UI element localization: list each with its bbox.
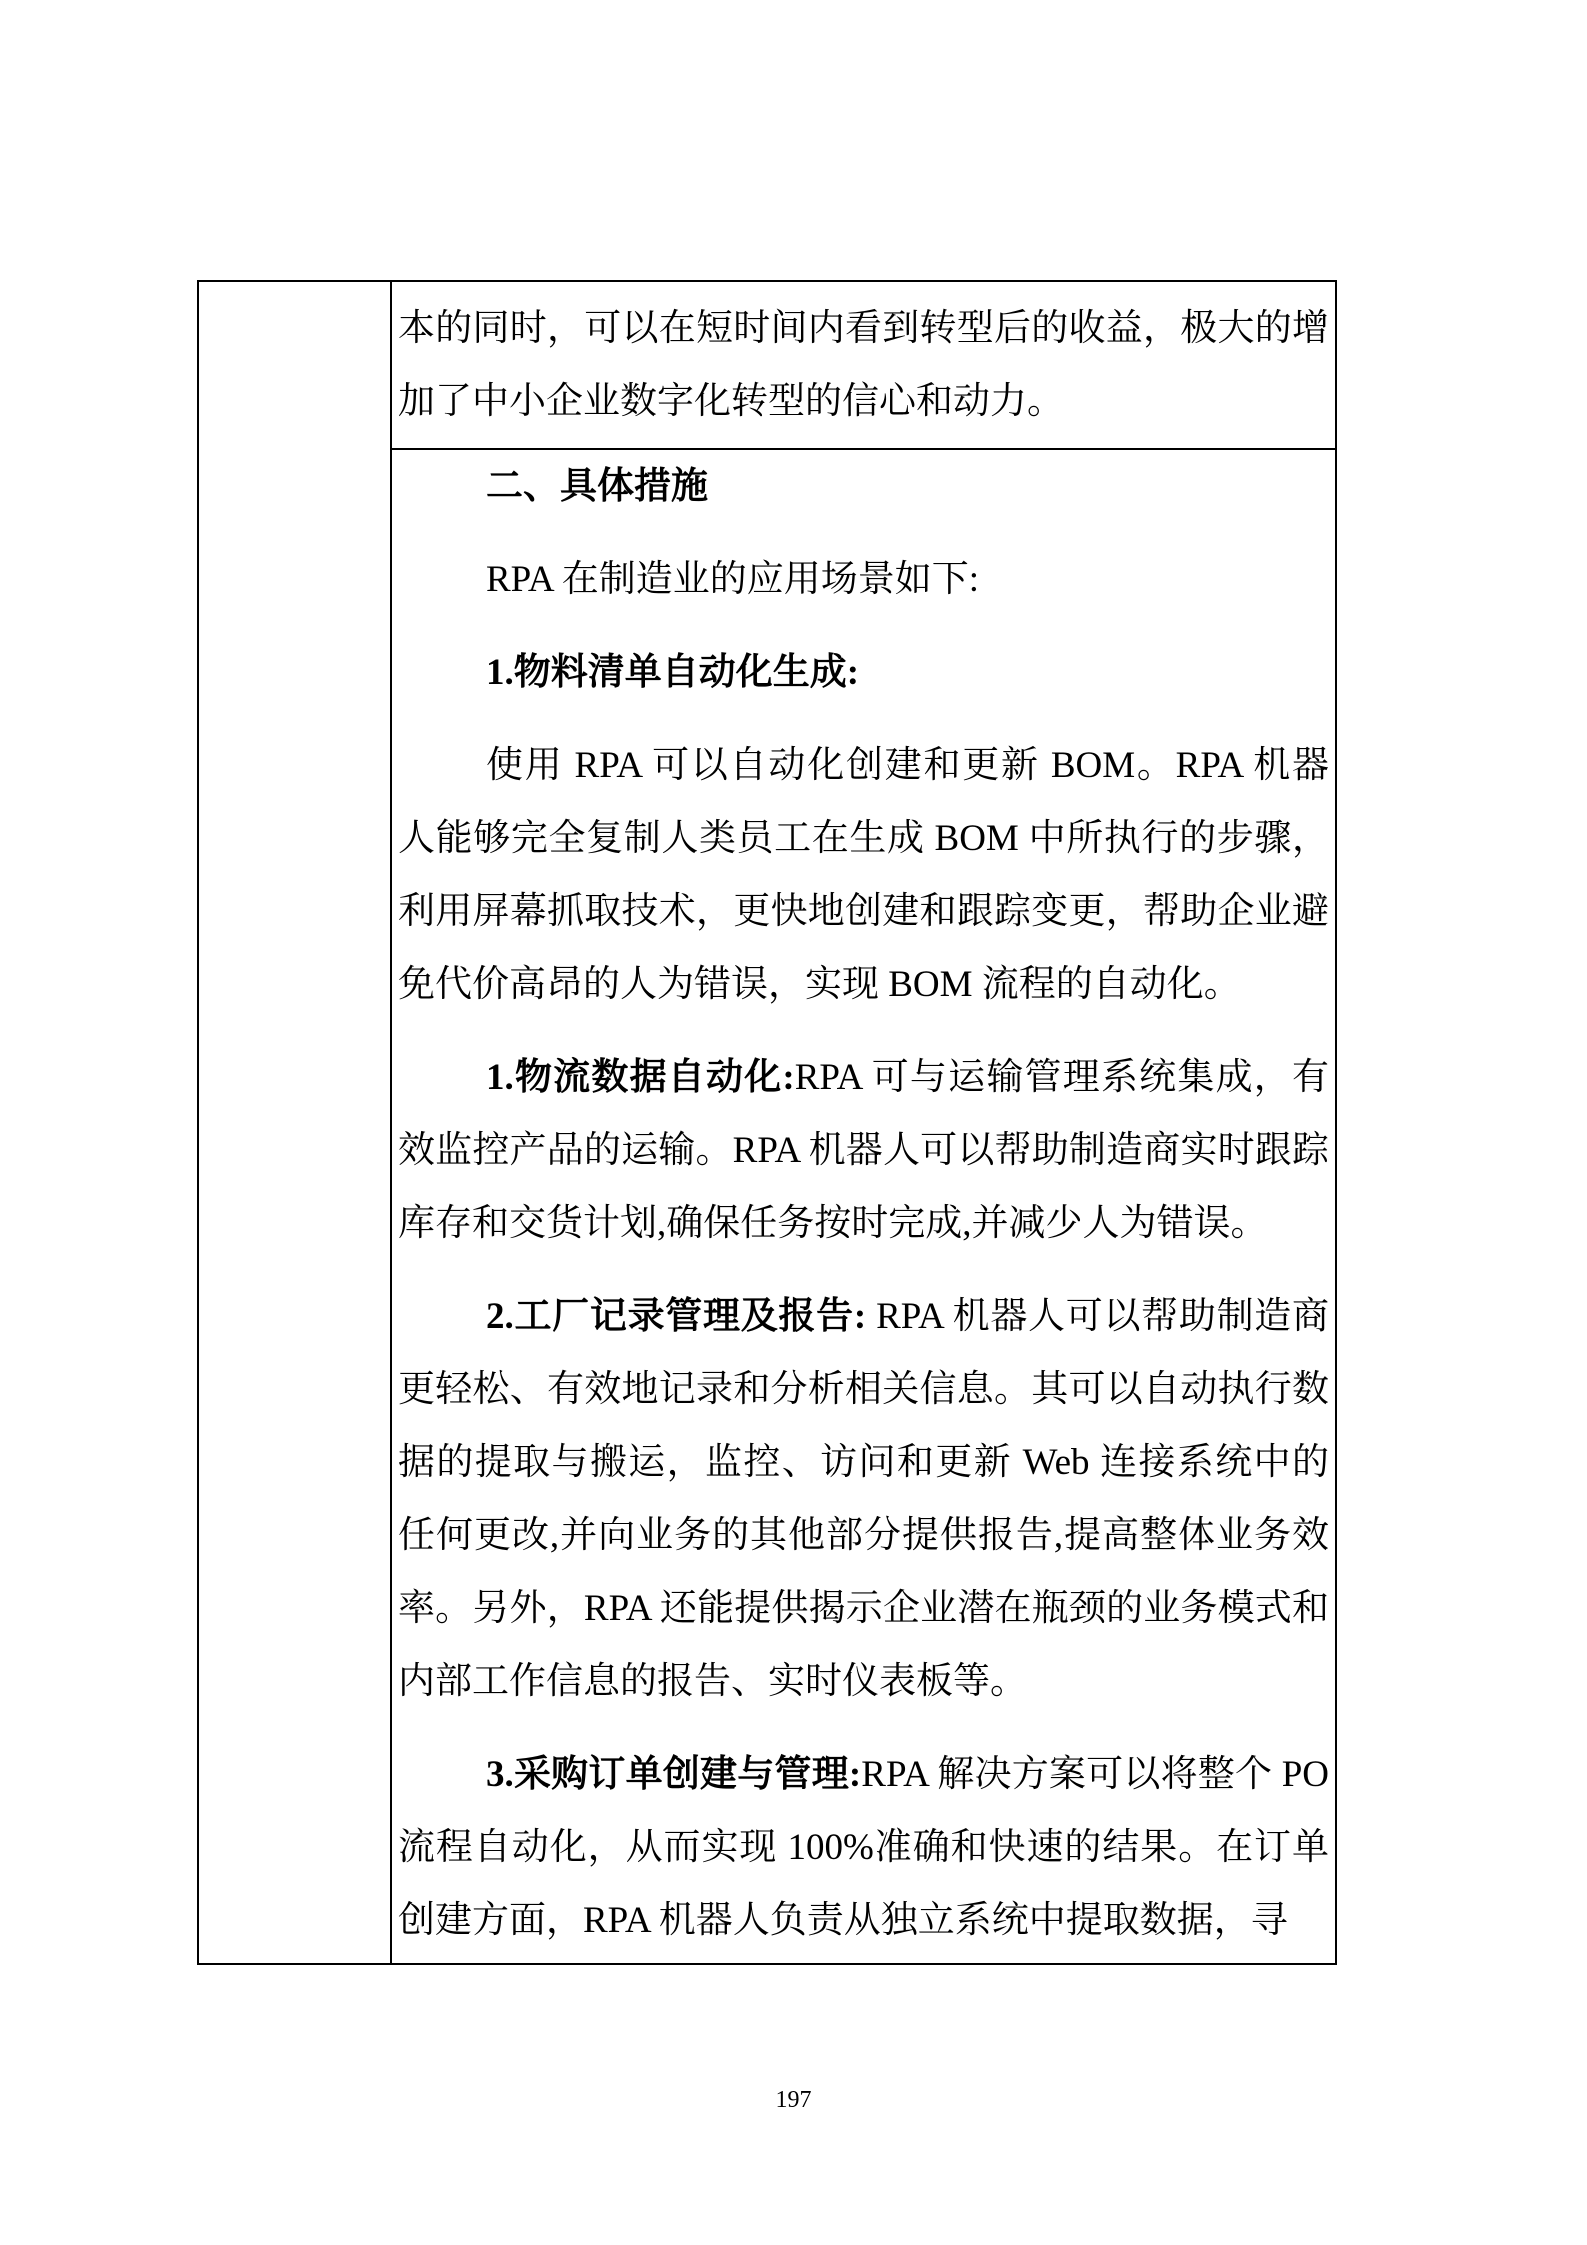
table-cell-continuation: 本的同时，可以在短时间内看到转型后的收益，极大的增加了中小企业数字化转型的信心和…: [392, 282, 1335, 450]
table-left-empty-cell: [199, 282, 392, 1963]
paragraph: 1.物流数据自动化:RPA 可与运输管理系统集成，有效监控产品的运输。RPA 机…: [398, 1041, 1329, 1260]
paragraph-lead: 3.采购订单创建与管理:: [486, 1754, 861, 1795]
paragraph-text: RPA 机器人可以帮助制造商更轻松、有效地记录和分析相关信息。其可以自动执行数据…: [398, 1296, 1329, 1702]
document-page: 本的同时，可以在短时间内看到转型后的收益，极大的增加了中小企业数字化转型的信心和…: [0, 0, 1587, 2245]
paragraph-lead: 1.物料清单自动化生成:: [486, 652, 859, 693]
paragraph: RPA 在制造业的应用场景如下:: [398, 543, 1329, 616]
section-heading: 二、具体措施: [398, 450, 1329, 523]
paragraph: 使用 RPA 可以自动化创建和更新 BOM。RPA 机器人能够完全复制人类员工在…: [398, 729, 1329, 1021]
content-table: 本的同时，可以在短时间内看到转型后的收益，极大的增加了中小企业数字化转型的信心和…: [197, 280, 1337, 1965]
paragraph-text: 本的同时，可以在短时间内看到转型后的收益，极大的增加了中小企业数字化转型的信心和…: [398, 308, 1329, 422]
paragraph-lead: 二、具体措施: [486, 466, 708, 507]
page-number: 197: [0, 2085, 1587, 2115]
paragraph-lead: 1.物流数据自动化:: [486, 1057, 795, 1098]
continuation-paragraph: 本的同时，可以在短时间内看到转型后的收益，极大的增加了中小企业数字化转型的信心和…: [398, 292, 1329, 438]
paragraph-lead: 2.工厂记录管理及报告:: [486, 1296, 866, 1337]
table-content-column: 本的同时，可以在短时间内看到转型后的收益，极大的增加了中小企业数字化转型的信心和…: [392, 282, 1335, 1963]
table-cell-main: 二、具体措施 RPA 在制造业的应用场景如下: 1.物料清单自动化生成: 使用 …: [392, 450, 1335, 1963]
paragraph-text: 使用 RPA 可以自动化创建和更新 BOM。RPA 机器人能够完全复制人类员工在…: [398, 745, 1329, 1005]
section-heading: 1.物料清单自动化生成:: [398, 636, 1329, 709]
paragraph-text: RPA 在制造业的应用场景如下:: [486, 559, 979, 600]
paragraph: 2.工厂记录管理及报告: RPA 机器人可以帮助制造商更轻松、有效地记录和分析相…: [398, 1280, 1329, 1718]
paragraph: 3.采购订单创建与管理:RPA 解决方案可以将整个 PO 流程自动化，从而实现 …: [398, 1738, 1329, 1957]
